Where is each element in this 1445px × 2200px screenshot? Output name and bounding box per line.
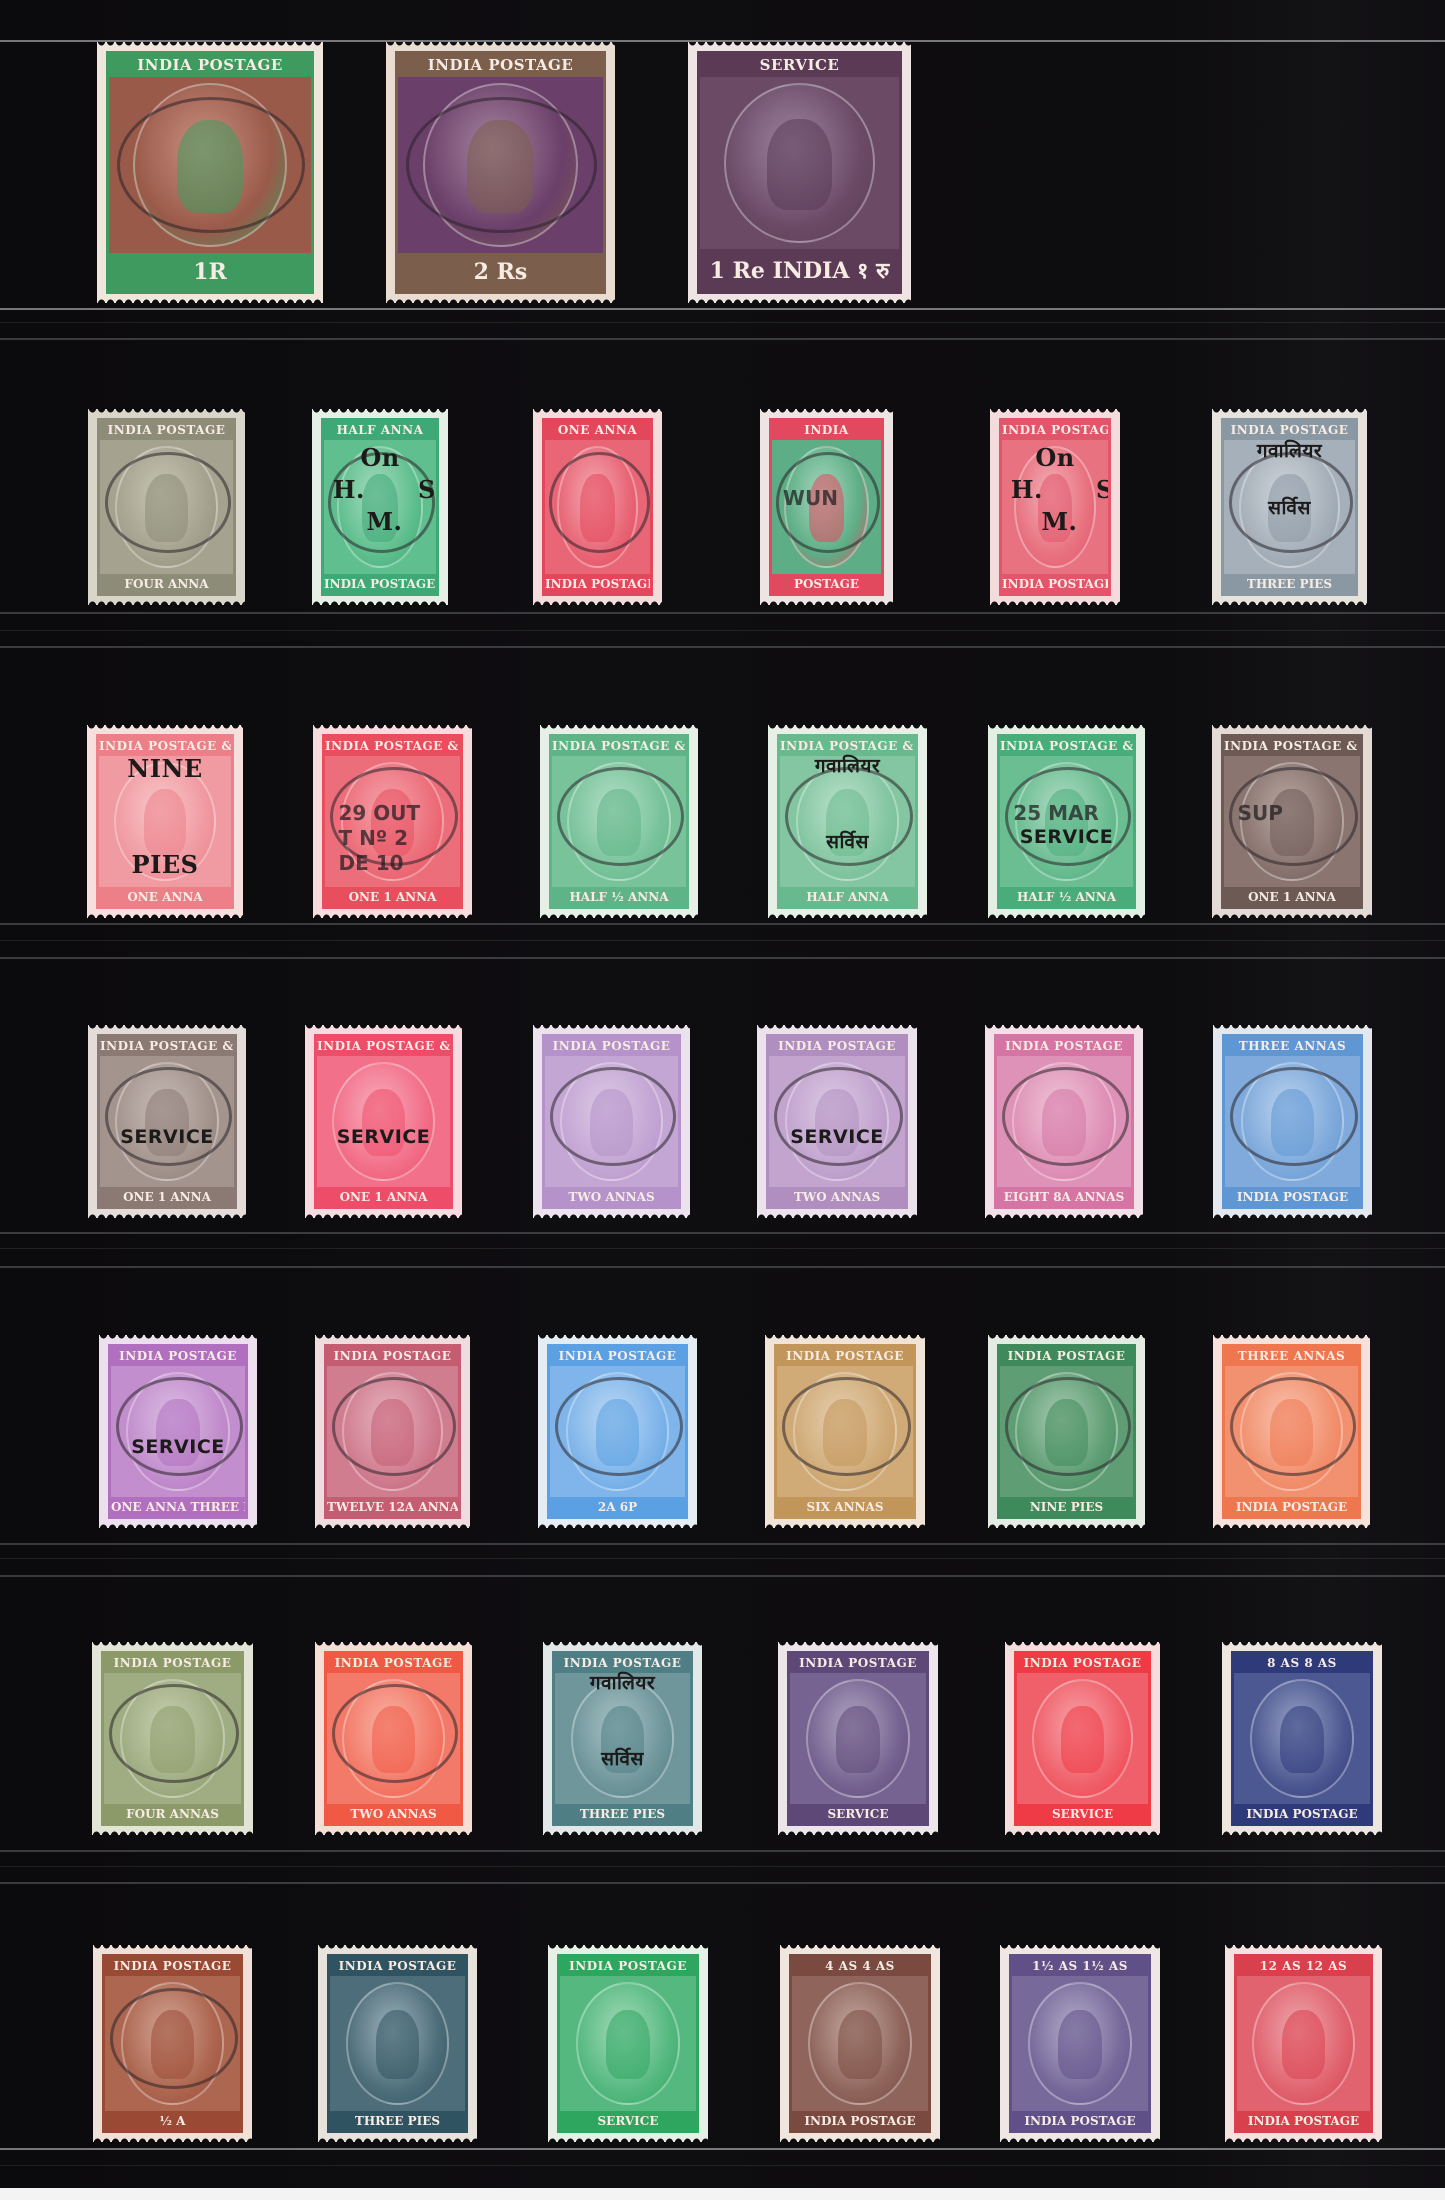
stamp-top-legend: INDIA POSTAGE & REVENUE: [317, 1037, 450, 1056]
strip-divider: [0, 1866, 1445, 1867]
overprint: गवालियर सर्विस: [555, 1674, 690, 1769]
stamp-top-legend: INDIA POSTAGE: [790, 1654, 926, 1673]
overprint: SERVICE: [769, 1125, 905, 1151]
stamp-design: INDIA POSTAGETHREE PIESगवालियर सर्विस: [1221, 418, 1358, 596]
stamp-design: INDIA POSTAGETWO ANNASSERVICE: [766, 1034, 908, 1209]
stamp-top-legend: INDIA POSTAGE & REVENUE: [552, 737, 686, 756]
portrait-oval: [576, 1982, 681, 2105]
stamp[interactable]: THREE ANNASINDIA POSTAGE: [1213, 1025, 1372, 1218]
stamp-value-legend: 2 Rs: [398, 253, 603, 291]
stamp[interactable]: INDIA POSTAGE & REVENUEONE 1 ANNASUP: [1212, 725, 1372, 918]
stamp-design: INDIA POSTAGE & REVENUEONE 1 ANNA29 OUT …: [322, 734, 463, 909]
stamp-top-legend: INDIA POSTAGE: [777, 1347, 913, 1366]
stamp[interactable]: INDIA POSTAGE2A 6P: [538, 1335, 697, 1528]
postmark-cancel-icon: [782, 1377, 910, 1476]
stamp-album-page: INDIA POSTAGE1RINDIA POSTAGE2 RsSERVICE1…: [0, 0, 1445, 2188]
strip-divider: [0, 1266, 1445, 1268]
stamp[interactable]: INDIA POSTAGE & REVENUEHALF ½ ANNA25 MAR…: [988, 725, 1145, 918]
postmark-cancel-icon: [774, 1067, 902, 1166]
postmark-text: SUP: [1238, 801, 1354, 826]
overprint: SERVICE: [100, 1125, 234, 1151]
stamp[interactable]: INDIA POSTAGE½ A: [93, 1945, 252, 2142]
stamp-value-legend: TWELVE 12A ANNAS: [327, 1497, 458, 1516]
overprint: On H. S. M.: [324, 442, 436, 539]
stamp-top-legend: 12 AS 12 AS: [1237, 1957, 1370, 1976]
stamp-value-legend: SIX ANNAS: [777, 1497, 913, 1516]
stamp[interactable]: INDIA POSTAGETWO ANNASSERVICE: [757, 1025, 917, 1218]
stamp-top-legend: THREE ANNAS: [1225, 1037, 1360, 1056]
stamp[interactable]: 4 AS 4 ASINDIA POSTAGE: [780, 1945, 940, 2142]
strip-divider: [0, 322, 1445, 323]
stamp[interactable]: INDIA POSTAGE & REVENUEONE 1 ANNASERVICE: [88, 1025, 246, 1218]
stamp-value-legend: INDIA POSTAGE: [545, 574, 650, 593]
stamp-top-legend: INDIA POSTAGE: [327, 1347, 458, 1366]
stamp-value-legend: ONE ANNA THREE PIES: [111, 1497, 245, 1516]
stamp-top-legend: INDIA POSTAGE & REVENUE: [99, 737, 231, 756]
stamp[interactable]: INDIA POSTAGE & REVENUEONE 1 ANNA29 OUT …: [313, 725, 472, 918]
stamp-top-legend: INDIA POSTAGE: [545, 1037, 678, 1056]
stamp-top-legend: INDIA POSTAGE: [111, 1347, 245, 1366]
stamp[interactable]: THREE ANNASINDIA POSTAGE: [1213, 1335, 1370, 1528]
stamp-top-legend: INDIA POSTAGE: [769, 1037, 905, 1056]
overprint: SERVICE: [317, 1125, 450, 1151]
postmark-text: 25 MAR: [1013, 801, 1126, 826]
stamp-value-legend: THREE PIES: [1224, 574, 1355, 593]
portrait-oval: [346, 1982, 450, 2105]
stamp-design: 1½ AS 1½ ASINDIA POSTAGE: [1009, 1954, 1151, 2133]
strip-divider: [0, 1543, 1445, 1545]
portrait-icon: [836, 1706, 880, 1773]
stamp-top-legend: 4 AS 4 AS: [792, 1957, 928, 1976]
stamp-top-legend: INDIA POSTAGE: [109, 54, 311, 77]
stamp-top-legend: 8 AS 8 AS: [1234, 1654, 1370, 1673]
stamp-design: 12 AS 12 ASINDIA POSTAGE: [1234, 1954, 1373, 2133]
stamp-top-legend: THREE ANNAS: [1225, 1347, 1358, 1366]
stamp[interactable]: INDIA POSTAGE & REVENUEONE ANNANINE PIES: [87, 725, 243, 918]
stamp[interactable]: INDIA POSTAGETHREE PIESगवालियर सर्विस: [1212, 409, 1367, 605]
stamp-value-legend: ONE ANNA: [99, 887, 231, 906]
stamp-design: INDIA POSTAGETWELVE 12A ANNAS: [324, 1344, 461, 1519]
stamp-top-legend: INDIA POSTAGE: [1017, 1654, 1148, 1673]
stamp[interactable]: INDIA POSTAGENINE PIES: [988, 1335, 1145, 1528]
portrait-icon: [1061, 1706, 1104, 1773]
stamp-design: INDIA POSTAGETHREE PIES: [327, 1954, 468, 2133]
stamp-top-legend: INDIA POSTAGE: [398, 54, 603, 77]
stamp[interactable]: 1½ AS 1½ ASINDIA POSTAGE: [1000, 1945, 1160, 2142]
stamp-design: INDIA POSTAGESERVICE: [557, 1954, 699, 2133]
strip-divider: [0, 940, 1445, 941]
portrait-oval: [806, 1679, 911, 1798]
stamp-value-legend: INDIA POSTAGE: [792, 2111, 928, 2130]
strip-divider: [0, 612, 1445, 614]
stamp[interactable]: HALF ANNAINDIA POSTAGE & REVENUEOn H. S.…: [312, 409, 448, 605]
stamp-top-legend: INDIA POSTAGE: [997, 1037, 1131, 1056]
stamp-top-legend: INDIA POSTAGE: [560, 1957, 696, 1976]
overprint: NINE PIES: [99, 757, 231, 877]
stamp-top-legend: INDIA POSTAGE & REVENUE: [325, 737, 460, 756]
postmark-text: 29 OUT T Nº 2 DE 10: [339, 801, 454, 876]
stamp-value-legend: INDIA POSTAGE: [1012, 2111, 1148, 2130]
stamp-value-legend: ONE 1 ANNA: [1224, 887, 1360, 906]
stamp[interactable]: 12 AS 12 ASINDIA POSTAGE: [1225, 1945, 1382, 2142]
stamp-value-legend: ½ A: [105, 2111, 240, 2130]
stamp-value-legend: ONE 1 ANNA: [317, 1187, 450, 1206]
stamp[interactable]: INDIA POSTAGEINDIA POSTAGEOn H. S. M.: [990, 409, 1120, 605]
portrait-icon: [767, 119, 832, 209]
stamp-design: INDIA POSTAGEONE ANNA THREE PIESSERVICE: [108, 1344, 248, 1519]
portrait-icon: [376, 2010, 420, 2079]
stamp[interactable]: INDIA POSTAGE1R: [97, 42, 323, 303]
stamp-design: INDIA POSTAGETWO ANNAS: [542, 1034, 681, 1209]
stamp-design: INDIA POSTAGEINDIA POSTAGEOn H. S. M.: [999, 418, 1111, 596]
postmark-cancel-icon: [1230, 1377, 1356, 1476]
stamp-value-legend: SERVICE: [790, 1804, 926, 1823]
stamp-top-legend: ONE ANNA: [545, 421, 650, 440]
overprint: On H. S. M.: [1002, 442, 1108, 539]
portrait-oval: [808, 1982, 913, 2105]
portrait-oval: [1032, 1679, 1133, 1798]
stamp-design: SERVICE1 Re INDIA १ रु: [697, 51, 902, 294]
stamp[interactable]: INDIA POSTAGESIX ANNAS: [765, 1335, 925, 1528]
stamp-design: INDIA POSTAGESIX ANNAS: [774, 1344, 916, 1519]
stamp-top-legend: INDIA POSTAGE & REVENUE: [100, 1037, 234, 1056]
stamp-value-legend: EIGHT 8A ANNAS: [997, 1187, 1131, 1206]
stamp-value-legend: INDIA POSTAGE & REVENUE: [324, 574, 436, 593]
stamp-design: 8 AS 8 ASINDIA POSTAGE: [1231, 1651, 1373, 1826]
postmark-cancel-icon: [557, 767, 684, 866]
postmark-cancel-icon: [1002, 1067, 1129, 1166]
stamp-top-legend: INDIA: [772, 421, 881, 440]
postmark-cancel-icon: [109, 1684, 238, 1783]
stamp-design: INDIA POSTAGESERVICE: [787, 1651, 929, 1826]
postmark-cancel-icon: [550, 1067, 676, 1166]
portrait-oval: [724, 83, 875, 243]
stamp-value-legend: INDIA POSTAGE: [1234, 1804, 1370, 1823]
stamp[interactable]: INDIA POSTAGETWELVE 12A ANNAS: [315, 1335, 470, 1528]
strip-divider: [0, 1575, 1445, 1577]
stamp-design: INDIA POSTAGEFOUR ANNAS: [101, 1651, 244, 1826]
strip-divider: [0, 630, 1445, 631]
portrait-icon: [1058, 2010, 1102, 2079]
stamp-value-legend: THREE PIES: [330, 2111, 465, 2130]
stamp[interactable]: INDIA POSTAGETHREE PIESगवालियर सर्विस: [543, 1642, 702, 1835]
stamp[interactable]: INDIA POSTAGESERVICE: [548, 1945, 708, 2142]
stamp[interactable]: INDIA POSTAGE & REVENUEHALF ½ ANNA: [540, 725, 698, 918]
postmark-cancel-icon: [555, 1377, 683, 1476]
portrait-oval: [1252, 1982, 1354, 2105]
stamp-value-legend: SERVICE: [1017, 1804, 1148, 1823]
overprint: SERVICE: [1000, 825, 1133, 851]
stamp-top-legend: INDIA POSTAGE & REVENUE: [1224, 737, 1360, 756]
stamp[interactable]: INDIA POSTAGESERVICE: [778, 1642, 938, 1835]
stamp-design: INDIA POSTAGEFOUR ANNA: [97, 418, 236, 596]
strip-divider: [0, 1850, 1445, 1852]
stamp[interactable]: 8 AS 8 ASINDIA POSTAGE: [1222, 1642, 1382, 1835]
stamp-value-legend: ONE 1 ANNA: [325, 887, 460, 906]
portrait-icon: [1280, 1706, 1324, 1773]
stamp[interactable]: INDIA POSTAGEEIGHT 8A ANNAS: [985, 1025, 1143, 1218]
stamp-value-legend: INDIA POSTAGE: [1237, 2111, 1370, 2130]
strip-divider: [0, 923, 1445, 925]
stamp-design: 4 AS 4 ASINDIA POSTAGE: [789, 1954, 931, 2133]
stamp-design: INDIA POSTAGE & REVENUEONE 1 ANNASERVICE: [314, 1034, 453, 1209]
postmark-cancel-icon: [105, 452, 231, 553]
stamp-value-legend: FOUR ANNA: [100, 574, 233, 593]
stamp-design: INDIA POSTAGE & REVENUEHALF ½ ANNA: [549, 734, 689, 909]
stamp-value-legend: 2A 6P: [550, 1497, 685, 1516]
portrait-oval: [1028, 1982, 1133, 2105]
postmark-cancel-icon: [332, 1377, 456, 1476]
stamp-top-legend: INDIA POSTAGE & REVENUE: [1000, 737, 1133, 756]
postmark-cancel-icon: [332, 1684, 458, 1783]
stamp-top-legend: SERVICE: [700, 54, 899, 77]
stamp-top-legend: INDIA POSTAGE: [104, 1654, 241, 1673]
strip-divider: [0, 308, 1445, 310]
stamp-top-legend: INDIA POSTAGE: [1002, 421, 1108, 440]
stamp-design: ONE ANNAINDIA POSTAGE: [542, 418, 653, 596]
stamp-design: INDIAPOSTAGEWUN: [769, 418, 884, 596]
postmark-cancel-icon: [116, 1377, 243, 1476]
stamp-value-legend: POSTAGE: [772, 574, 881, 593]
strip-divider: [0, 1882, 1445, 1884]
stamp-value-legend: TWO ANNAS: [327, 1804, 460, 1823]
stamp-design: INDIA POSTAGETHREE PIESगवालियर सर्विस: [552, 1651, 693, 1826]
stamp[interactable]: INDIA POSTAGEFOUR ANNAS: [92, 1642, 253, 1835]
stamp-design: INDIA POSTAGE & REVENUEONE 1 ANNASERVICE: [97, 1034, 237, 1209]
stamp-value-legend: HALF ½ ANNA: [1000, 887, 1133, 906]
stamp-design: INDIA POSTAGE½ A: [102, 1954, 243, 2133]
strip-divider: [0, 2165, 1445, 2166]
portrait-oval: [1250, 1679, 1355, 1798]
overprint: गवालियर सर्विस: [1224, 442, 1355, 518]
stamp-design: INDIA POSTAGEEIGHT 8A ANNAS: [994, 1034, 1134, 1209]
strip-divider: [0, 1248, 1445, 1249]
stamp-value-legend: NINE PIES: [1000, 1497, 1133, 1516]
stamp-design: INDIA POSTAGETWO ANNAS: [324, 1651, 463, 1826]
stamp[interactable]: INDIA POSTAGE & REVENUEONE 1 ANNASERVICE: [305, 1025, 462, 1218]
stamp-value-legend: INDIA POSTAGE: [1002, 574, 1108, 593]
stamp[interactable]: INDIA POSTAGE & REVENUEHALF ANNAगवालियर …: [768, 725, 927, 918]
stamp-design: INDIA POSTAGE & REVENUEHALF ANNAगवालियर …: [777, 734, 918, 909]
stamp-value-legend: HALF ½ ANNA: [552, 887, 686, 906]
stamp-value-legend: HALF ANNA: [780, 887, 915, 906]
stamp-top-legend: HALF ANNA: [324, 421, 436, 440]
strip-divider: [0, 1232, 1445, 1234]
postmark-cancel-icon: [549, 452, 650, 553]
stamp-design: INDIA POSTAGE2 Rs: [395, 51, 606, 294]
stamp[interactable]: ONE ANNAINDIA POSTAGE: [533, 409, 662, 605]
stamp-design: INDIA POSTAGESERVICE: [1014, 1651, 1151, 1826]
stamp[interactable]: INDIA POSTAGEFOUR ANNA: [88, 409, 245, 605]
strip-divider: [0, 2148, 1445, 2150]
stamp-value-legend: THREE PIES: [555, 1804, 690, 1823]
stamp-design: INDIA POSTAGE2A 6P: [547, 1344, 688, 1519]
stamp-design: INDIA POSTAGE & REVENUEONE ANNANINE PIES: [96, 734, 234, 909]
stamp-design: INDIA POSTAGE & REVENUEHALF ½ ANNA25 MAR…: [997, 734, 1136, 909]
stamp-value-legend: TWO ANNAS: [769, 1187, 905, 1206]
stamp[interactable]: SERVICE1 Re INDIA १ रु: [688, 42, 911, 303]
stamp-top-legend: INDIA POSTAGE & REVENUE: [780, 737, 915, 756]
portrait-icon: [606, 2010, 650, 2079]
strip-divider: [0, 646, 1445, 648]
stamp-value-legend: 1R: [109, 253, 311, 291]
stamp-top-legend: INDIA POSTAGE: [105, 1957, 240, 1976]
page-edge: [0, 2188, 1445, 2200]
stamp-design: INDIA POSTAGENINE PIES: [997, 1344, 1136, 1519]
stamp[interactable]: INDIA POSTAGETWO ANNAS: [533, 1025, 690, 1218]
postmark-cancel-icon: [406, 97, 597, 233]
stamp-top-legend: INDIA POSTAGE: [1000, 1347, 1133, 1366]
stamp-value-legend: INDIA POSTAGE: [1225, 1187, 1360, 1206]
stamp[interactable]: INDIA POSTAGEONE ANNA THREE PIESSERVICE: [99, 1335, 257, 1528]
postmark-cancel-icon: [1230, 1067, 1358, 1166]
stamp-design: THREE ANNASINDIA POSTAGE: [1222, 1344, 1361, 1519]
stamp-value-legend: TWO ANNAS: [545, 1187, 678, 1206]
overprint: SERVICE: [111, 1435, 245, 1461]
stamp-top-legend: INDIA POSTAGE: [100, 421, 233, 440]
postmark-cancel-icon: [110, 1988, 238, 2089]
stamp-top-legend: INDIA POSTAGE: [330, 1957, 465, 1976]
strip-divider: [0, 338, 1445, 340]
stamp-value-legend: FOUR ANNAS: [104, 1804, 241, 1823]
stamp-design: THREE ANNASINDIA POSTAGE: [1222, 1034, 1363, 1209]
stamp-design: HALF ANNAINDIA POSTAGE & REVENUEOn H. S.…: [321, 418, 439, 596]
postmark-cancel-icon: [117, 97, 305, 233]
stamp[interactable]: INDIAPOSTAGEWUN: [760, 409, 893, 605]
stamp[interactable]: INDIA POSTAGETWO ANNAS: [315, 1642, 472, 1835]
stamp-value-legend: 1 Re INDIA १ रु: [700, 249, 899, 291]
postmark-text: WUN: [783, 486, 876, 511]
stamp[interactable]: INDIA POSTAGE2 Rs: [386, 42, 615, 303]
stamp-top-legend: INDIA POSTAGE: [1224, 421, 1355, 440]
stamp-top-legend: INDIA POSTAGE: [550, 1347, 685, 1366]
stamp[interactable]: INDIA POSTAGESERVICE: [1005, 1642, 1160, 1835]
stamp-design: INDIA POSTAGE1R: [106, 51, 314, 294]
portrait-oval: [332, 1062, 434, 1181]
postmark-cancel-icon: [1005, 1377, 1131, 1476]
stamp-value-legend: SERVICE: [560, 2111, 696, 2130]
stamp-top-legend: INDIA POSTAGE: [327, 1654, 460, 1673]
stamp-top-legend: INDIA POSTAGE: [555, 1654, 690, 1673]
portrait-icon: [1282, 2010, 1325, 2079]
strip-divider: [0, 1558, 1445, 1559]
portrait-icon: [838, 2010, 882, 2079]
strip-divider: [0, 957, 1445, 959]
postmark-cancel-icon: [105, 1067, 232, 1166]
stamp-value-legend: ONE 1 ANNA: [100, 1187, 234, 1206]
overprint: गवालियर सर्विस: [780, 757, 915, 852]
stamp-value-legend: INDIA POSTAGE: [1225, 1497, 1358, 1516]
stamp[interactable]: INDIA POSTAGETHREE PIES: [318, 1945, 477, 2142]
stamp-top-legend: 1½ AS 1½ AS: [1012, 1957, 1148, 1976]
stamp-design: INDIA POSTAGE & REVENUEONE 1 ANNASUP: [1221, 734, 1363, 909]
